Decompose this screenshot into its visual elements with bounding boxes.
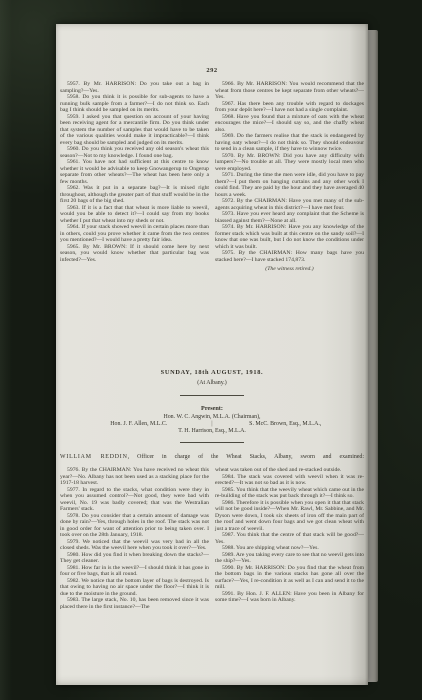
qa-paragraph: 5976. By the CHAIRMAN: You have received… xyxy=(60,467,209,487)
qa-paragraph: 5978. Do you consider that a certain amo… xyxy=(60,513,209,539)
witness-heading: WILLIAM REDDIN, Officer in charge of the… xyxy=(60,454,364,461)
book-page-edge xyxy=(368,30,378,682)
page-number: 292 xyxy=(60,67,364,74)
members-row: Hon. J. F. Allen, M.L.C. | S. McC. Brown… xyxy=(66,421,358,428)
witness-name: WILLIAM REDDIN xyxy=(60,454,128,460)
session-header: SUNDAY, 18th AUGUST, 1918. (At Albany.) … xyxy=(60,369,364,443)
divider-rule-bottom xyxy=(180,442,244,443)
member-harrison: T. H. Harrison, Esq., M.L.A. xyxy=(60,428,364,435)
qa-paragraph: 5969. Do the farmers realise that the st… xyxy=(215,133,364,153)
qa-paragraph: 5975. By the CHAIRMAN: How many bags hav… xyxy=(215,250,364,263)
previous-examination-section: 5957. By Mr. HARRISON: Do you take out a… xyxy=(60,81,364,273)
present-label: Present: xyxy=(60,405,364,412)
qa-paragraph: 5964. If your stack showed weevil in cer… xyxy=(60,224,209,244)
qa-paragraph: 5974. By Mr. HARRISON: Have you any know… xyxy=(215,224,364,250)
scan-background: 292 5957. By Mr. HARRISON: Do you take o… xyxy=(0,0,422,700)
qa-paragraph: 5971. During the time the men were idle,… xyxy=(215,172,364,198)
witness-description: , Officer in charge of the Wheat Stacks,… xyxy=(128,454,364,460)
qa-paragraph: 5981. How far in is the weevil?—I should… xyxy=(60,565,209,578)
witness-retired-note: (The witness retired.) xyxy=(215,266,364,273)
member-allen: Hon. J. F. Allen, M.L.C. xyxy=(66,421,211,428)
qa-paragraph: 5967. Has there been any trouble with re… xyxy=(215,101,364,114)
qa-paragraph: 5961. You have not had sufficient at thi… xyxy=(60,159,209,185)
qa-paragraph: 5959. I asked you that question on accou… xyxy=(60,114,209,147)
member-brown: S. McC. Brown, Esq., M.L.A., xyxy=(213,421,358,428)
qa-paragraph: 5986. Therefore it is possible when you … xyxy=(215,500,364,533)
qa-paragraph: 5991. By Hon. J. F. ALLEN: Have you been… xyxy=(215,591,364,604)
qa-paragraph: 5979. We noticed that the weevil was ver… xyxy=(60,539,209,552)
qa-paragraph: 5990. By Mr. HARRISON: Do you find that … xyxy=(215,565,364,591)
qa-paragraph: 5968. Have you found that a mixture of o… xyxy=(215,114,364,134)
member-chairman: Hon. W. C. Angwin, M.L.A. (Chairman), xyxy=(60,414,364,421)
qa-paragraph: 5970. By Mr. BROWN: Did you have any dif… xyxy=(215,153,364,173)
qa-paragraph: 5983. The large stack, No. 10, has been … xyxy=(60,597,209,610)
qa-paragraph: 5984. The stack was covered with weevil … xyxy=(215,474,364,487)
top-right-column: 5966. By Mr. HARRISON: You would recomme… xyxy=(215,81,364,273)
session-place: (At Albany.) xyxy=(60,380,364,386)
qa-paragraph: 5977. In regard to the stacks, what cond… xyxy=(60,487,209,513)
qa-paragraph: 5987. You think that the centre of that … xyxy=(215,532,364,545)
qa-paragraph: 5958. Do you think it is possible for su… xyxy=(60,94,209,114)
qa-paragraph: 5960. Do you think you received any old … xyxy=(60,146,209,159)
qa-paragraph: 5985. You think that the weevily wheat w… xyxy=(215,487,364,500)
qa-paragraph: 5957. By Mr. HARRISON: Do you take out a… xyxy=(60,81,209,94)
divider-rule-top xyxy=(180,395,244,396)
session-date: SUNDAY, 18th AUGUST, 1918. xyxy=(60,369,364,376)
printed-area: 292 5957. By Mr. HARRISON: Do you take o… xyxy=(60,24,364,685)
qa-paragraph: 5989. Are you taking every care to see t… xyxy=(215,552,364,565)
qa-paragraph: 5982. We notice that the bottom layer of… xyxy=(60,578,209,598)
examination-section: 5976. By the CHAIRMAN: You have received… xyxy=(60,467,364,610)
bottom-right-column: wheat was taken out of the shed and re-s… xyxy=(215,467,364,610)
qa-paragraph: 5965. By Mr. BROWN: If it should come he… xyxy=(60,244,209,264)
qa-paragraph: 5980. How did you find it when breaking … xyxy=(60,552,209,565)
document-page: 292 5957. By Mr. HARRISON: Do you take o… xyxy=(56,24,368,685)
qa-paragraph: 5963. If it is a fact that that wheat is… xyxy=(60,205,209,225)
qa-paragraph: 5962. Was it put in a separate bag?—It i… xyxy=(60,185,209,205)
qa-paragraph: 5973. Have you ever heard any complaint … xyxy=(215,211,364,224)
top-left-column: 5957. By Mr. HARRISON: Do you take out a… xyxy=(60,81,209,273)
qa-paragraph: 5972. By the CHAIRMAN: Have you met many… xyxy=(215,198,364,211)
bottom-left-column: 5976. By the CHAIRMAN: You have received… xyxy=(60,467,209,610)
qa-paragraph: 5966. By Mr. HARRISON: You would recomme… xyxy=(215,81,364,101)
